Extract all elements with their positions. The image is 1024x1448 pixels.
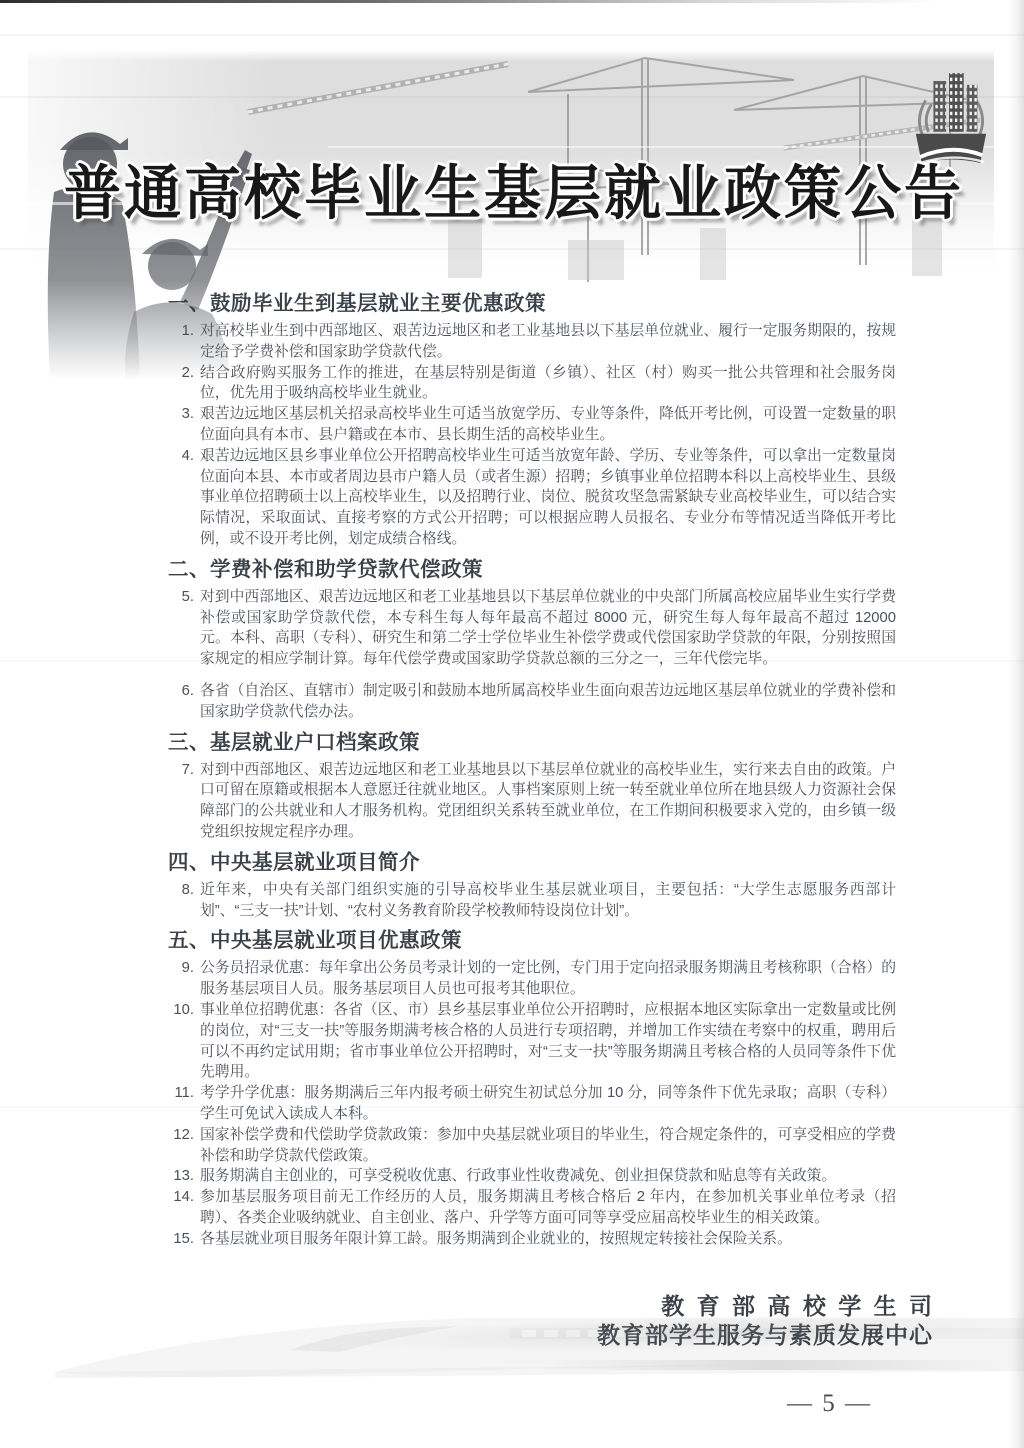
section-heading: 一、鼓励毕业生到基层就业主要优惠政策	[168, 291, 896, 317]
item-text: 服务期满自主创业的，可享受税收优惠、行政事业性收费减免、创业担保贷款和贴息等有关…	[200, 1166, 896, 1187]
policy-item: 11. 考学升学优惠：服务期满后三年内报考硕士研究生初试总分加 10 分，同等条…	[166, 1083, 896, 1125]
item-text: 事业单位招聘优惠：各省（区、市）县乡基层事业单位公开招聘时，应根据本地区实际拿出…	[200, 1000, 896, 1083]
item-text: 艰苦边远地区基层机关招录高校毕业生可适当放宽学历、专业等条件，降低开考比例，可设…	[200, 404, 896, 446]
item-number: 5.	[166, 587, 200, 670]
item-number: 13.	[166, 1166, 200, 1187]
item-number: 9.	[166, 958, 200, 1000]
policy-item: 10. 事业单位招聘优惠：各省（区、市）县乡基层事业单位公开招聘时，应根据本地区…	[166, 1000, 896, 1083]
item-text: 考学升学优惠：服务期满后三年内报考硕士研究生初试总分加 10 分，同等条件下优先…	[200, 1083, 896, 1125]
scan-edge-right	[1008, 0, 1024, 1448]
policy-item: 5. 对到中西部地区、艰苦边远地区和老工业基地县以下基层单位就业的中央部门所属高…	[166, 587, 896, 670]
policy-item: 8. 近年来，中央有关部门组织实施的引导高校毕业生基层就业项目，主要包括：“大学…	[166, 880, 896, 922]
item-number: 15.	[166, 1229, 200, 1250]
item-number: 3.	[166, 404, 200, 446]
item-number: 1.	[166, 321, 200, 363]
scan-streak	[0, 248, 1024, 250]
policy-item: 4. 艰苦边远地区县乡事业单位公开招聘高校毕业生可适当放宽年龄、学历、专业等条件…	[166, 446, 896, 550]
item-text: 结合政府购买服务工作的推进，在基层特别是街道（乡镇）、社区（村）购买一批公共管理…	[200, 363, 896, 405]
item-number: 11.	[166, 1083, 200, 1125]
section-items: 7. 对到中西部地区、艰苦边远地区和老工业基地县以下基层单位就业的高校毕业生，实…	[166, 760, 896, 843]
policy-item: 6. 各省（自治区、直辖市）制定吸引和鼓励本地所属高校毕业生面向艰苦边远地区基层…	[166, 681, 896, 723]
item-text: 对到中西部地区、艰苦边远地区和老工业基地县以下基层单位就业的高校毕业生，实行来去…	[200, 760, 896, 843]
item-number: 8.	[166, 880, 200, 922]
item-text: 各基层就业项目服务年限计算工龄。服务期满到企业就业的，按照规定转接社会保险关系。	[200, 1229, 896, 1250]
scan-streak	[0, 34, 1024, 36]
page-number: — 5 —	[787, 1390, 872, 1418]
item-number: 14.	[166, 1187, 200, 1229]
item-number: 2.	[166, 363, 200, 405]
item-number: 10.	[166, 1000, 200, 1083]
item-text: 对到中西部地区、艰苦边远地区和老工业基地县以下基层单位就业的中央部门所属高校应届…	[200, 587, 896, 670]
item-number: 4.	[166, 446, 200, 550]
policy-section: 二、学费补偿和助学贷款代偿政策 5. 对到中西部地区、艰苦边远地区和老工业基地县…	[166, 557, 896, 723]
scan-streak	[0, 1106, 1024, 1108]
scan-edge-top	[0, 0, 1024, 3]
item-text: 各省（自治区、直辖市）制定吸引和鼓励本地所属高校毕业生面向艰苦边远地区基层单位就…	[200, 681, 896, 723]
policy-item: 15. 各基层就业项目服务年限计算工龄。服务期满到企业就业的，按照规定转接社会保…	[166, 1229, 896, 1250]
page-title: 普通高校毕业生基层就业政策公告	[64, 146, 964, 231]
item-text: 公务员招录优惠：每年拿出公务员考录计划的一定比例，专门用于定向招录服务期满且考核…	[200, 958, 896, 1000]
section-heading: 二、学费补偿和助学贷款代偿政策	[168, 557, 896, 583]
item-text: 近年来，中央有关部门组织实施的引导高校毕业生基层就业项目，主要包括：“大学生志愿…	[200, 880, 896, 922]
section-heading: 四、中央基层就业项目简介	[168, 850, 896, 876]
item-text: 对高校毕业生到中西部地区、艰苦边远地区和老工业基地县以下基层单位就业、履行一定服…	[200, 321, 896, 363]
section-items: 1. 对高校毕业生到中西部地区、艰苦边远地区和老工业基地县以下基层单位就业、履行…	[166, 321, 896, 550]
section-items: 8. 近年来，中央有关部门组织实施的引导高校毕业生基层就业项目，主要包括：“大学…	[166, 880, 896, 922]
policy-section: 五、中央基层就业项目优惠政策 9. 公务员招录优惠：每年拿出公务员考录计划的一定…	[166, 928, 896, 1249]
item-text: 参加基层服务项目前无工作经历的人员，服务期满且考核合格后 2 年内，在参加机关事…	[200, 1187, 896, 1229]
section-items: 9. 公务员招录优惠：每年拿出公务员考录计划的一定比例，专门用于定向招录服务期满…	[166, 958, 896, 1249]
policy-item: 14. 参加基层服务项目前无工作经历的人员，服务期满且考核合格后 2 年内，在参…	[166, 1187, 896, 1229]
policy-item: 9. 公务员招录优惠：每年拿出公务员考录计划的一定比例，专门用于定向招录服务期满…	[166, 958, 896, 1000]
scan-streak	[0, 660, 1024, 662]
policy-item: 12. 国家补偿学费和代偿助学贷款政策：参加中央基层就业项目的毕业生，符合规定条…	[166, 1125, 896, 1167]
item-number: 6.	[166, 681, 200, 723]
policy-item: 1. 对高校毕业生到中西部地区、艰苦边远地区和老工业基地县以下基层单位就业、履行…	[166, 321, 896, 363]
section-heading: 三、基层就业户口档案政策	[168, 730, 896, 756]
section-items: 5. 对到中西部地区、艰苦边远地区和老工业基地县以下基层单位就业的中央部门所属高…	[166, 587, 896, 723]
item-number: 7.	[166, 760, 200, 843]
policy-section: 三、基层就业户口档案政策 7. 对到中西部地区、艰苦边远地区和老工业基地县以下基…	[166, 730, 896, 843]
policy-item: 2. 结合政府购买服务工作的推进，在基层特别是街道（乡镇）、社区（村）购买一批公…	[166, 363, 896, 405]
item-text: 艰苦边远地区县乡事业单位公开招聘高校毕业生可适当放宽年龄、学历、专业等条件，可以…	[200, 446, 896, 550]
item-number: 12.	[166, 1125, 200, 1167]
item-text: 国家补偿学费和代偿助学贷款政策：参加中央基层就业项目的毕业生，符合规定条件的，可…	[200, 1125, 896, 1167]
scan-smudge	[540, 1360, 1010, 1370]
scan-streak	[0, 96, 1024, 98]
policy-section: 四、中央基层就业项目简介 8. 近年来，中央有关部门组织实施的引导高校毕业生基层…	[166, 850, 896, 922]
policy-item: 7. 对到中西部地区、艰苦边远地区和老工业基地县以下基层单位就业的高校毕业生，实…	[166, 760, 896, 843]
policy-section: 一、鼓励毕业生到基层就业主要优惠政策 1. 对高校毕业生到中西部地区、艰苦边远地…	[166, 291, 896, 550]
scanned-policy-page: 普通高校毕业生基层就业政策公告 一、鼓励毕业生到基层就业主要优惠政策 1. 对高…	[0, 0, 1024, 1448]
section-heading: 五、中央基层就业项目优惠政策	[168, 928, 896, 954]
policy-item: 13. 服务期满自主创业的，可享受税收优惠、行政事业性收费减免、创业担保贷款和贴…	[166, 1166, 896, 1187]
policy-item: 3. 艰苦边远地区基层机关招录高校毕业生可适当放宽学历、专业等条件，降低开考比例…	[166, 404, 896, 446]
